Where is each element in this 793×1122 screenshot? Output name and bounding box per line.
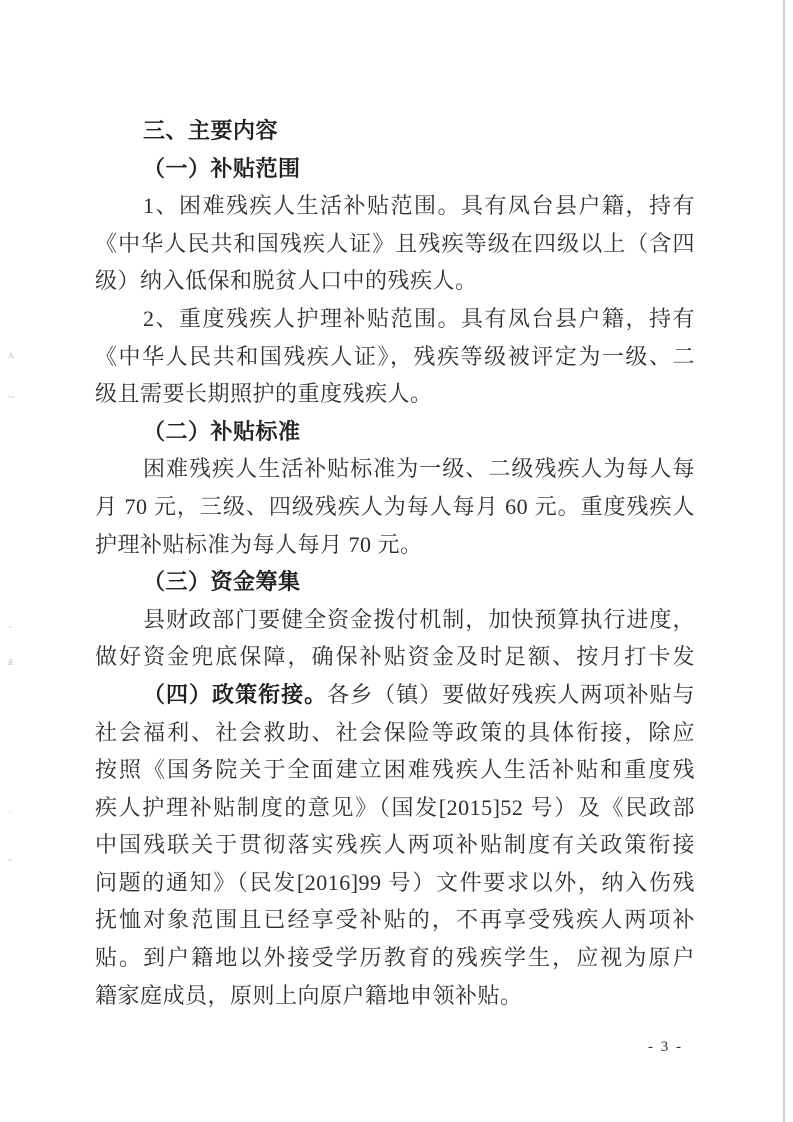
scan-smudge-mark: - (8, 853, 12, 865)
text-line: 2、重度残疾人护理补贴范围。具有凤台县户籍，持有 (95, 300, 695, 338)
scan-smudge-mark: ʌ (8, 348, 14, 360)
document-body: 三、主要内容（一）补贴范围1、困难残疾人生活补贴范围。具有凤台县户籍，持有《中华… (95, 112, 695, 1014)
page-number: - 3 - (648, 1039, 683, 1056)
scan-smudge-mark: · (8, 806, 12, 818)
inline-heading: （四）政策衔接。 (143, 682, 327, 707)
text-line: 中国残联关于贯彻落实残疾人两项补贴制度有关政策衔接 (95, 826, 695, 864)
text-line: 疾人护理补贴制度的意见》（国发[2015]52 号）及《民政部 (95, 789, 695, 827)
text-line: 《中华人民共和国残疾人证》且残疾等级在四级以上（含四 (95, 225, 695, 263)
scan-smudge-mark: ~ (8, 391, 15, 403)
scanned-document-page: ʌ~-ᵶ·- 三、主要内容（一）补贴范围1、困难残疾人生活补贴范围。具有凤台县户… (0, 0, 793, 1122)
heading-line: （二）补贴标准 (95, 413, 695, 451)
text-line: 级且需要长期照护的重度残疾人。 (95, 375, 695, 413)
text-line: 护理补贴标准为每人每月 70 元。 (95, 526, 695, 564)
scan-smudge-mark: - (8, 620, 12, 632)
text-line: 级）纳入低保和脱贫人口中的残疾人。 (95, 262, 695, 300)
text-line: 按照《国务院关于全面建立困难残疾人生活补贴和重度残 (95, 751, 695, 789)
text-line: 贴。到户籍地以外接受学历教育的残疾学生，应视为原户 (95, 939, 695, 977)
text-line: 《中华人民共和国残疾人证》，残疾等级被评定为一级、二 (95, 338, 695, 376)
text-line: 困难残疾人生活补贴标准为一级、二级残疾人为每人每 (95, 450, 695, 488)
text-line: 抚恤对象范围且已经享受补贴的，不再享受残疾人两项补 (95, 901, 695, 939)
text-line: 1、困难残疾人生活补贴范围。具有凤台县户籍，持有 (95, 187, 695, 225)
text-line: （四）政策衔接。各乡（镇）要做好残疾人两项补贴与 (95, 676, 695, 714)
text-line: 问题的通知》（民发[2016]99 号）文件要求以外，纳入伤残 (95, 864, 695, 902)
text-line: 社会福利、社会救助、社会保险等政策的具体衔接，除应 (95, 714, 695, 752)
scan-edge-line (783, 0, 785, 1122)
text-line: 月 70 元，三级、四级残疾人为每人每月 60 元。重度残疾人 (95, 488, 695, 526)
heading-line: 三、主要内容 (95, 112, 695, 150)
heading-line: （一）补贴范围 (95, 150, 695, 188)
text-line: 做好资金兜底保障，确保补贴资金及时足额、按月打卡发放。 (95, 638, 695, 676)
scan-smudge-mark: ᵶ (8, 655, 13, 667)
text-line: 籍家庭成员，原则上向原户籍地申领补贴。 (95, 977, 695, 1015)
heading-line: （三）资金筹集 (95, 563, 695, 601)
text-line: 县财政部门要健全资金拨付机制，加快预算执行进度， (95, 601, 695, 639)
